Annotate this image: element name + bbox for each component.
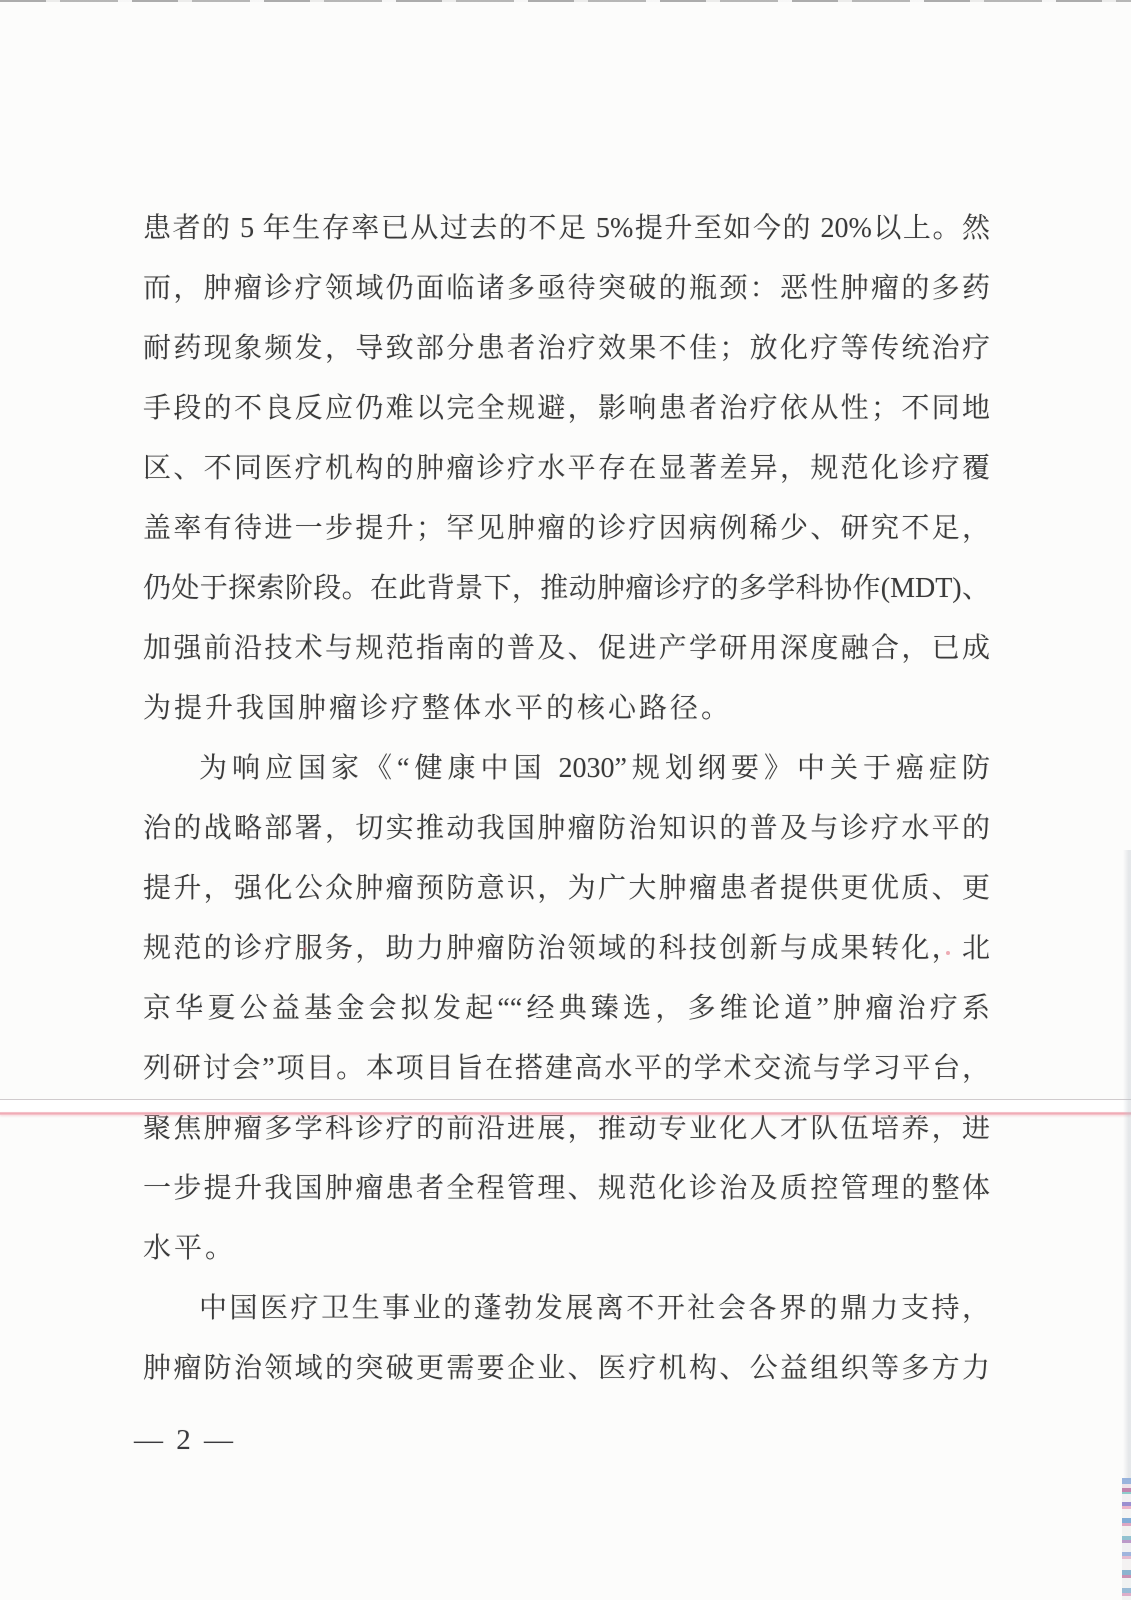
scan-red-dot-artifact <box>303 947 307 951</box>
text-line: 盖率有待进一步提升；罕见肿瘤的诊疗因病例稀少、研究不足， <box>143 499 990 559</box>
paragraph-2: 为响应国家《“健康中国 2030”规划纲要》中关于癌症防 治的战略部署，切实推动… <box>143 739 990 1279</box>
text-line: 区、不同医疗机构的肿瘤诊疗水平存在显著差异，规范化诊疗覆 <box>143 439 990 499</box>
text-line: 治的战略部署，切实推动我国肿瘤防治知识的普及与诊疗水平的 <box>143 799 990 859</box>
text-line: 患者的 5 年生存率已从过去的不足 5%提升至如今的 20%以上。然 <box>143 199 990 259</box>
text-line: 为响应国家《“健康中国 2030”规划纲要》中关于癌症防 <box>143 739 990 799</box>
text-line: 为提升我国肿瘤诊疗整体水平的核心路径。 <box>143 679 990 739</box>
text-line: 而，肿瘤诊疗领域仍面临诸多亟待突破的瓶颈：恶性肿瘤的多药 <box>143 259 990 319</box>
scan-right-edge-noise-artifact <box>1122 1478 1131 1600</box>
text-line: 规范的诊疗服务，助力肿瘤防治领域的科技创新与成果转化，北 <box>143 919 990 979</box>
paragraph-1: 患者的 5 年生存率已从过去的不足 5%提升至如今的 20%以上。然 而，肿瘤诊… <box>143 199 990 739</box>
text-line: 中国医疗卫生事业的蓬勃发展离不开社会各界的鼎力支持， <box>143 1279 990 1339</box>
text-line: 肿瘤防治领域的突破更需要企业、医疗机构、公益组织等多方力 <box>143 1339 990 1399</box>
text-line: 列研讨会”项目。本项目旨在搭建高水平的学术交流与学习平台， <box>143 1039 990 1099</box>
text-line: 提升，强化公众肿瘤预防意识，为广大肿瘤患者提供更优质、更 <box>143 859 990 919</box>
text-line: 耐药现象频发，导致部分患者治疗效果不佳；放化疗等传统治疗 <box>143 319 990 379</box>
paragraph-3: 中国医疗卫生事业的蓬勃发展离不开社会各界的鼎力支持， 肿瘤防治领域的突破更需要企… <box>143 1279 990 1399</box>
text-line: 京华夏公益基金会拟发起““经典臻选，多维论道”肿瘤治疗系 <box>143 979 990 1039</box>
text-line: 手段的不良反应仍难以完全规避，影响患者治疗依从性；不同地 <box>143 379 990 439</box>
text-line: 水平。 <box>143 1219 990 1279</box>
scan-top-edge-artifact <box>0 0 1131 2</box>
body-text: 患者的 5 年生存率已从过去的不足 5%提升至如今的 20%以上。然 而，肿瘤诊… <box>143 199 990 1399</box>
scanned-document-page: 患者的 5 年生存率已从过去的不足 5%提升至如今的 20%以上。然 而，肿瘤诊… <box>0 0 1131 1600</box>
scan-right-edge-streak-artifact <box>1123 850 1131 1480</box>
scan-pink-line-artifact <box>0 1112 1131 1115</box>
text-line: 加强前沿技术与规范指南的普及、促进产学研用深度融合，已成 <box>143 619 990 679</box>
page-number: — 2 — <box>134 1424 236 1457</box>
scan-red-dot-artifact <box>946 951 950 955</box>
text-line: 一步提升我国肿瘤患者全程管理、规范化诊治及质控管理的整体 <box>143 1159 990 1219</box>
text-line: 仍处于探索阶段。在此背景下，推动肿瘤诊疗的多学科协作(MDT)、 <box>143 559 990 619</box>
